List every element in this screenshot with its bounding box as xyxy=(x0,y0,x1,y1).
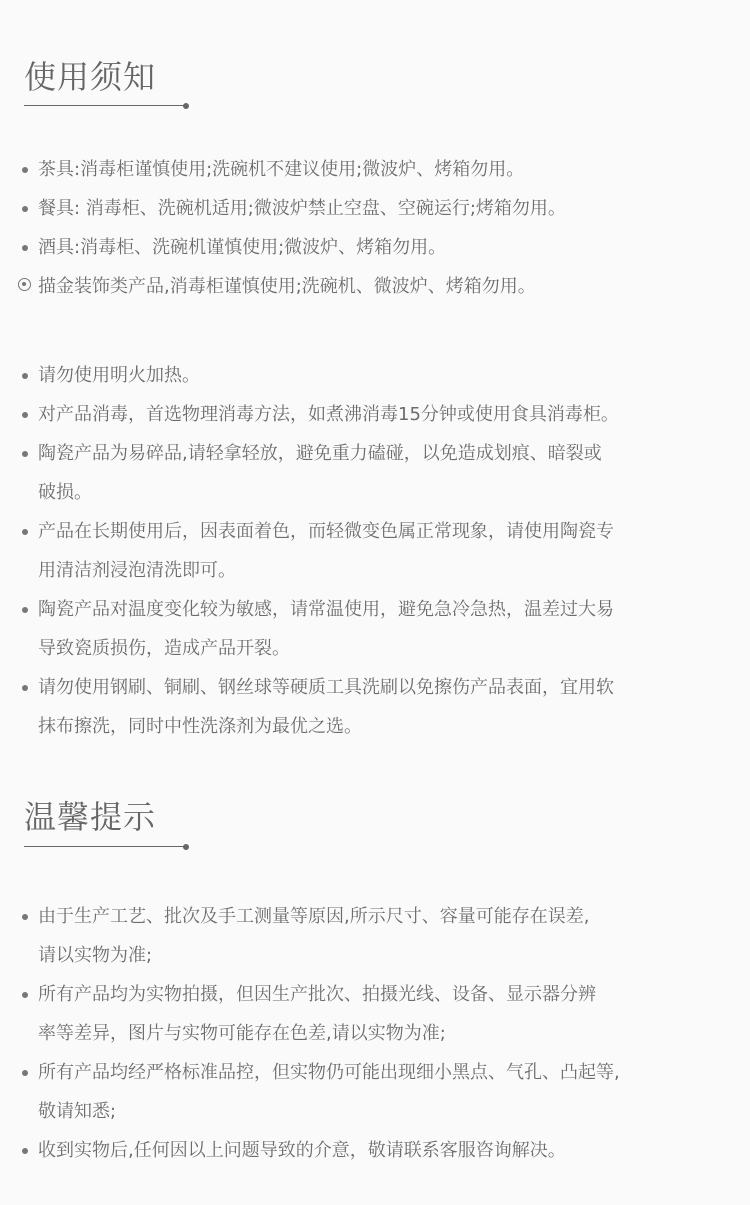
section-title-tips: 温馨提示 xyxy=(24,792,156,838)
bullet-dot-icon xyxy=(22,451,28,457)
list-item: 描金装饰类产品,消毒柜谨慎使用;洗碗机、微波炉、烤箱勿用。 xyxy=(0,267,750,306)
section-title-usage: 使用须知 xyxy=(24,52,156,98)
usage-list-care: 请勿使用明火加热。 对产品消毒，首选物理消毒方法，如煮沸消毒15分钟或使用食具消… xyxy=(0,356,750,746)
title-underline-divider xyxy=(24,846,184,847)
list-item: 陶瓷产品为易碎品,请轻拿轻放，避免重力磕碰，以免造成划痕、暗裂或破损。 xyxy=(0,434,750,512)
list-item: 请勿使用明火加热。 xyxy=(0,356,750,395)
bullet-dot-icon xyxy=(22,245,28,251)
list-item: 产品在长期使用后，因表面着色，而轻微变色属正常现象，请使用陶瓷专用清洁剂浸泡清洗… xyxy=(0,512,750,590)
list-item: 酒具:消毒柜、洗碗机谨慎使用;微波炉、烤箱勿用。 xyxy=(0,228,750,267)
list-item: 收到实物后,任何因以上问题导致的介意，敬请联系客服咨询解决。 xyxy=(0,1131,750,1170)
circle-dot-icon xyxy=(18,278,31,291)
list-item: 对产品消毒，首选物理消毒方法，如煮沸消毒15分钟或使用食具消毒柜。 xyxy=(0,395,750,434)
usage-list-dishware: 茶具:消毒柜谨慎使用;洗碗机不建议使用;微波炉、烤箱勿用。 餐具: 消毒柜、洗碗… xyxy=(0,150,750,306)
list-item: 由于生产工艺、批次及手工测量等原因,所示尺寸、容量可能存在误差,请以实物为准; xyxy=(0,897,750,975)
bullet-dot-icon xyxy=(22,529,28,535)
title-underline-divider xyxy=(24,105,184,106)
bullet-dot-icon xyxy=(22,992,28,998)
list-item: 请勿使用钢刷、铜刷、钢丝球等硬质工具洗刷以免擦伤产品表面，宜用软抹布擦洗，同时中… xyxy=(0,668,750,746)
list-item: 所有产品均经严格标准品控，但实物仍可能出现细小黑点、气孔、凸起等,敬请知悉; xyxy=(0,1053,750,1131)
list-item: 餐具: 消毒柜、洗碗机适用;微波炉禁止空盘、空碗运行;烤箱勿用。 xyxy=(0,189,750,228)
bullet-dot-icon xyxy=(22,1148,28,1154)
list-item: 茶具:消毒柜谨慎使用;洗碗机不建议使用;微波炉、烤箱勿用。 xyxy=(0,150,750,189)
tips-list: 由于生产工艺、批次及手工测量等原因,所示尺寸、容量可能存在误差,请以实物为准; … xyxy=(0,897,750,1170)
bullet-dot-icon xyxy=(22,373,28,379)
bullet-dot-icon xyxy=(22,206,28,212)
bullet-dot-icon xyxy=(22,607,28,613)
bullet-dot-icon xyxy=(22,167,28,173)
list-item: 所有产品均为实物拍摄，但因生产批次、拍摄光线、设备、显示器分辨率等差异，图片与实… xyxy=(0,975,750,1053)
bullet-dot-icon xyxy=(22,412,28,418)
bullet-dot-icon xyxy=(22,685,28,691)
bullet-dot-icon xyxy=(22,1070,28,1076)
list-item: 陶瓷产品对温度变化较为敏感，请常温使用，避免急冷急热，温差过大易导致瓷质损伤，造… xyxy=(0,590,750,668)
bullet-dot-icon xyxy=(22,914,28,920)
